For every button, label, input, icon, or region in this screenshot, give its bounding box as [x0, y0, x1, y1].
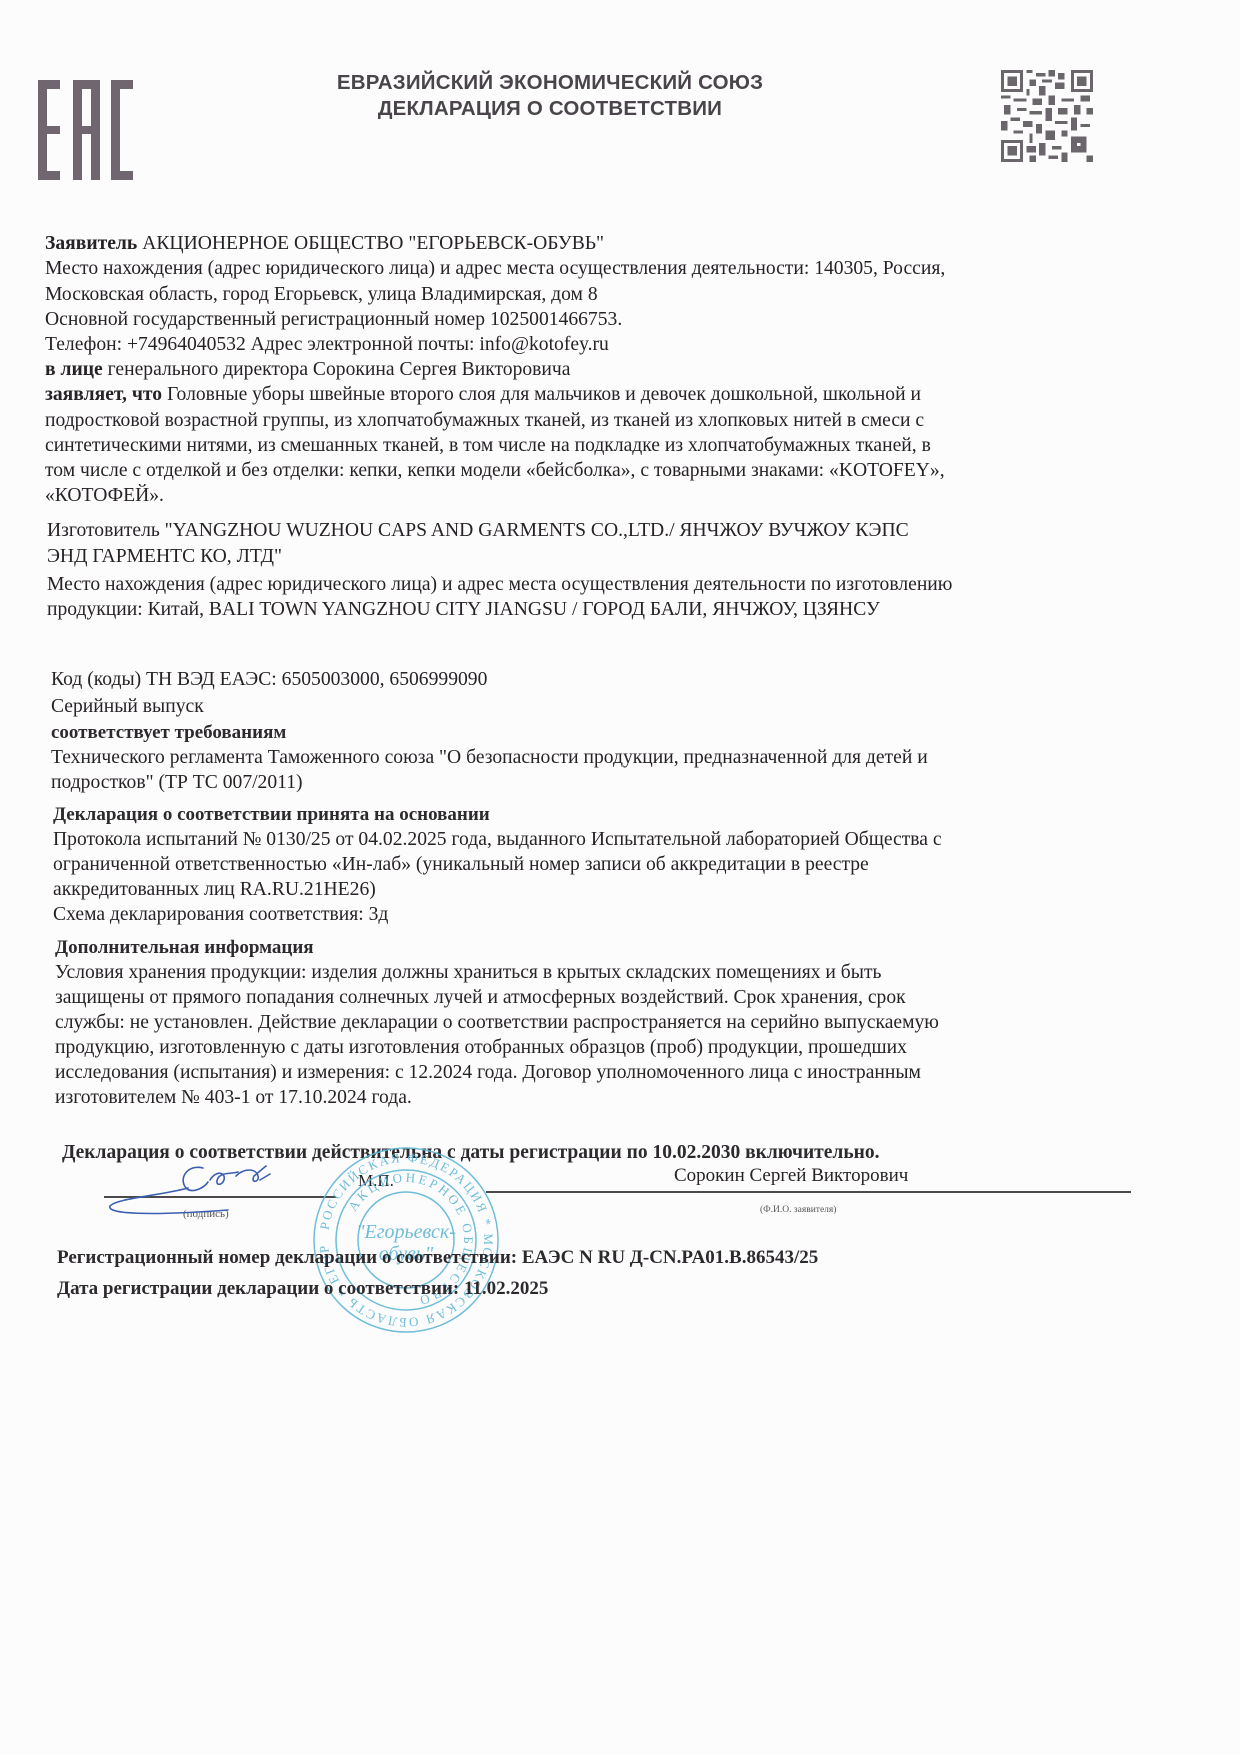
handwritten-signature [108, 1158, 313, 1218]
eac-logo [38, 80, 132, 180]
declaration-product-4: том числе с отделкой и без отделки: кепк… [45, 459, 945, 483]
applicant-label: Заявитель [45, 233, 137, 254]
regulation-line-2: подростков" (ТР ТС 007/2011) [51, 771, 303, 795]
applicant-address-1: Место нахождения (адрес юридического лиц… [45, 257, 945, 281]
additional-heading: Дополнительная информация [55, 936, 314, 960]
person-name: генерального директора Сорокина Сергея В… [103, 359, 571, 380]
declaration-product-3: синтетическими нитями, из смешанных ткан… [45, 434, 931, 458]
additional-line-4: продукцию, изготовленную с даты изготовл… [55, 1036, 907, 1060]
additional-line-5: исследования (испытания) и измерения: с … [55, 1061, 921, 1085]
additional-line-2: защищены от прямого попадания солнечных … [55, 986, 906, 1010]
declaration-scheme: Схема декларирования соответствия: 3д [53, 903, 388, 927]
regulation-line-1: Технического регламента Таможенного союз… [51, 746, 928, 770]
applicant-contacts: Телефон: +74964040532 Адрес электронной … [45, 333, 609, 357]
manufacturer-line-1: Изготовитель "YANGZHOU WUZHOU CAPS AND G… [47, 519, 909, 543]
signer-name: Сорокин Сергей Викторович [674, 1164, 908, 1188]
header-title-union: ЕВРАЗИЙСКИЙ ЭКОНОМИЧЕСКИЙ СОЮЗ [250, 70, 850, 96]
additional-line-6: изготовителем № 403-1 от 17.10.2024 года… [55, 1086, 412, 1110]
applicant-line: Заявитель АКЦИОНЕРНОЕ ОБЩЕСТВО "ЕГОРЬЕВС… [45, 232, 604, 256]
manufacturer-address-1: Место нахождения (адрес юридического лиц… [47, 573, 952, 597]
applicant-address-2: Московская область, город Егорьевск, ули… [45, 283, 598, 307]
declares-label: заявляет, что [45, 384, 162, 405]
signer-underline [486, 1191, 1131, 1193]
applicant-ogrn: Основной государственный регистрационный… [45, 308, 622, 332]
basis-line-1: Протокола испытаний № 0130/25 от 04.02.2… [53, 828, 942, 852]
complies-heading: соответствует требованиям [51, 721, 286, 745]
product-text: Головные уборы швейные второго слоя для … [162, 384, 921, 405]
applicant-name: АКЦИОНЕРНОЕ ОБЩЕСТВО "ЕГОРЬЕВСК-ОБУВЬ" [137, 233, 604, 254]
applicant-person: в лице генерального директора Сорокина С… [45, 358, 570, 382]
release-type: Серийный выпуск [51, 695, 204, 719]
basis-heading: Декларация о соответствии принята на осн… [53, 803, 490, 827]
person-label: в лице [45, 359, 103, 380]
declaration-product-1: заявляет, что Головные уборы швейные вто… [45, 383, 921, 407]
svg-text:"Егорьевск-: "Егорьевск- [356, 1221, 456, 1243]
document-header: ЕВРАЗИЙСКИЙ ЭКОНОМИЧЕСКИЙ СОЮЗ ДЕКЛАРАЦИ… [250, 70, 850, 122]
manufacturer-line-2: ЭНД ГАРМЕНТС КО, ЛТД" [47, 545, 282, 569]
manufacturer-address-2: продукции: Китай, BALI TOWN YANGZHOU CIT… [47, 598, 880, 622]
declaration-product-2: подростковой возрастной группы, из хлопч… [45, 409, 924, 433]
additional-line-3: службы: не установлен. Действие декларац… [55, 1011, 939, 1035]
additional-line-1: Условия хранения продукции: изделия долж… [55, 961, 881, 985]
basis-line-2: ограниченной ответственностью «Ин-лаб» (… [53, 853, 869, 877]
registration-number: Регистрационный номер декларации о соотв… [57, 1246, 818, 1270]
basis-line-3: аккредитованных лиц RA.RU.21HE26) [53, 878, 376, 902]
company-stamp: РОССИЙСКАЯ ФЕДЕРАЦИЯ * МОСКОВСКАЯ ОБЛАСТ… [312, 1146, 500, 1334]
qr-code-icon [1001, 70, 1093, 162]
registration-date: Дата регистрации декларации о соответств… [57, 1277, 548, 1301]
declaration-product-5: «КОТОФЕЙ». [45, 484, 164, 508]
tn-ved-codes: Код (коды) ТН ВЭД ЕАЭС: 6505003000, 6506… [51, 668, 487, 692]
signer-caption: (Ф.И.О. заявителя) [760, 1198, 836, 1222]
header-title-declaration: ДЕКЛАРАЦИЯ О СООТВЕТСТВИИ [250, 96, 850, 122]
